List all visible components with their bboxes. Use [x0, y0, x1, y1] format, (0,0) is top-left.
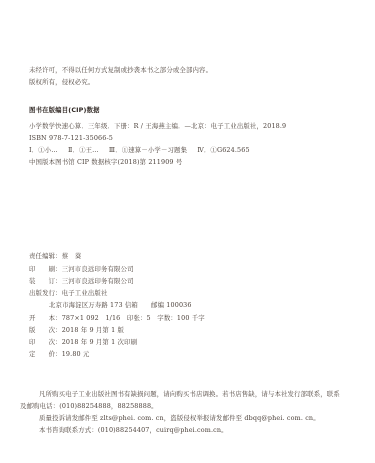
- cip-title-line: 小学数学快速心算．三年级．下册：R / 王海燕主编．—北京：电子工业出版社，20…: [29, 122, 286, 130]
- imprint-editor: 责任编辑：蔡 葵: [29, 252, 81, 260]
- imprint-address: 北京市海淀区万寿路 173 信箱 邮编 100036: [49, 301, 192, 309]
- contact-paragraph-line1: 凡所购买电子工业出版社图书有缺损问题，请向购买书店调换。若书店售缺，请与本社发行…: [39, 390, 340, 398]
- format-value: 787×1 092 1/16 印张：5 字数：100 千字: [62, 314, 205, 322]
- publisher-label: 出版发行：: [29, 289, 62, 297]
- imprint-format: 开 本：787×1 092 1/16 印张：5 字数：100 千字: [29, 314, 205, 322]
- format-label: 开 本：: [29, 314, 62, 322]
- binding-label: 装 订：: [29, 277, 62, 285]
- imprint-price: 定 价：19.80 元: [29, 350, 89, 358]
- copyright-notice-line2: 版权所有，侵权必究。: [29, 78, 94, 86]
- binding-value: 三河市良远印务有限公司: [62, 277, 134, 285]
- impression-value: 2018 年 9 月第 1 次印刷: [62, 338, 137, 346]
- cip-class-iii: Ⅲ．①速算－小学－习题集: [109, 146, 187, 154]
- imprint-binding: 装 订：三河市良远印务有限公司: [29, 277, 134, 285]
- imprint-publisher: 出版发行：电子工业出版社: [29, 289, 108, 297]
- imprint-impression: 印 次：2018 年 9 月第 1 次印刷: [29, 338, 137, 346]
- edition-label: 版 次：: [29, 326, 62, 334]
- contact-quality-complaints: 质量投诉请发邮件至 zlts@phei. com. cn，盗版侵权举报请发邮件至…: [39, 414, 320, 422]
- price-label: 定 价：: [29, 350, 62, 358]
- contact-book-inquiry: 本书咨询联系方式：(010)88254407，cuirq@phei.com.cn…: [39, 426, 228, 434]
- impression-label: 印 次：: [29, 338, 62, 346]
- cip-class-ii: Ⅱ．①王…: [68, 146, 99, 154]
- price-value: 19.80 元: [62, 350, 90, 358]
- cip-class-i: Ⅰ．①小…: [29, 146, 58, 154]
- printing-value: 三河市良远印务有限公司: [62, 265, 134, 273]
- contact-paragraph-line2: 及邮购电话：(010)88254888，88258888。: [20, 402, 158, 410]
- cip-heading: 图书在版编目(CIP)数据: [29, 106, 100, 114]
- cip-record-number: 中国版本图书馆 CIP 数据核字(2018)第 211909 号: [29, 158, 182, 166]
- edition-value: 2018 年 9 月第 1 版: [62, 326, 124, 334]
- imprint-edition: 版 次：2018 年 9 月第 1 版: [29, 326, 124, 334]
- publisher-value: 电子工业出版社: [62, 289, 108, 297]
- editor-value: 蔡 葵: [62, 252, 82, 260]
- editor-label: 责任编辑：: [29, 252, 62, 260]
- cip-classification: Ⅰ．①小… Ⅱ．①王… Ⅲ．①速算－小学－习题集 Ⅳ．①G624.565: [29, 146, 250, 154]
- imprint-printing: 印 刷：三河市良远印务有限公司: [29, 265, 134, 273]
- cip-class-iv: Ⅳ．①G624.565: [197, 146, 249, 154]
- cip-isbn: ISBN 978-7-121-35066-5: [29, 134, 113, 142]
- printing-label: 印 刷：: [29, 265, 62, 273]
- copyright-notice-line1: 未经许可，不得以任何方式复制或抄袭本书之部分或全部内容。: [29, 66, 212, 74]
